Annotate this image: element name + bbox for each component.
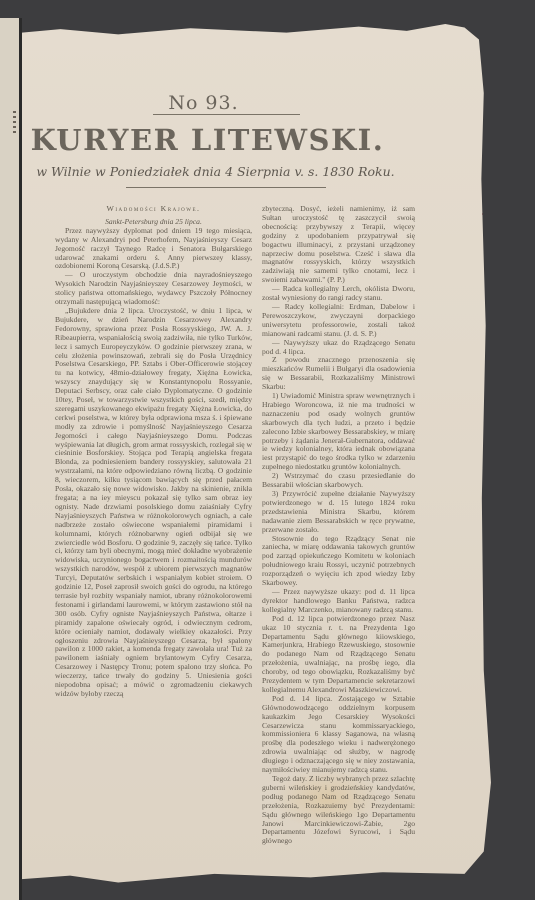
masthead-rule-top [153,114,300,115]
masthead-rule-bottom [126,187,326,188]
article-paragraph: 3) Przywrócić zupełne działanie Naywyższ… [262,490,415,535]
article-paragraph: „Bujukdere dnia 2 lipca. Uroczystość, w … [55,307,252,699]
article-paragraph: — Radcy kollegialni: Erdman, Dabelow i P… [262,303,415,339]
article-paragraph: Przez naywyższy dyplomat pod dniem 19 te… [55,227,252,272]
masthead-dateline: w Wilnie w Poniedziałek dnia 4 Sierpnia … [0,164,483,179]
left-column: Wiadomości Krajowe. Sankt-Petersburg dni… [55,205,252,699]
section-heading: Wiadomości Krajowe. [55,205,252,214]
article-paragraph: 1) Uwiadomić Ministra spraw wewnętrznych… [262,392,415,472]
article-paragraph: Pod d. 12 lipca potwierdzonego przez Nas… [262,615,415,695]
article-paragraph: — Naywyższy ukaz do Rządzącego Senatu po… [262,339,415,357]
article-paragraph: Z powodu znacznego przenoszenia się mies… [262,356,415,392]
article-paragraph: Stosownie do tego Rządzący Senat nie zan… [262,535,415,588]
issue-number: No 93. [0,92,471,114]
article-paragraph: zbyteczną. Dosyć, ieżeli namienimy, iż s… [262,205,415,285]
ink-spot [482,212,490,216]
article-paragraph: — O uroczystym obchodzie dnia nayradośni… [55,271,252,307]
article-paragraph: Tegoż daty. Z liczby wybranych przez szl… [262,775,415,846]
article-paragraph: 2) Wstrzymać do czasu przesiedlanie do B… [262,472,415,490]
right-column: zbyteczną. Dosyć, ieżeli namienimy, iż s… [262,205,415,846]
newspaper-title: KURYER LITEWSKI. [0,123,475,157]
article-paragraph: — Przez naywyższe ukazy: pod d. 11 lipca… [262,588,415,615]
article-paragraph: — Radca kollegialny Lerch, okólista Dwor… [262,285,415,303]
article-paragraph: Pod d. 14 lipca. Zostającego w Sztabie G… [262,695,415,775]
